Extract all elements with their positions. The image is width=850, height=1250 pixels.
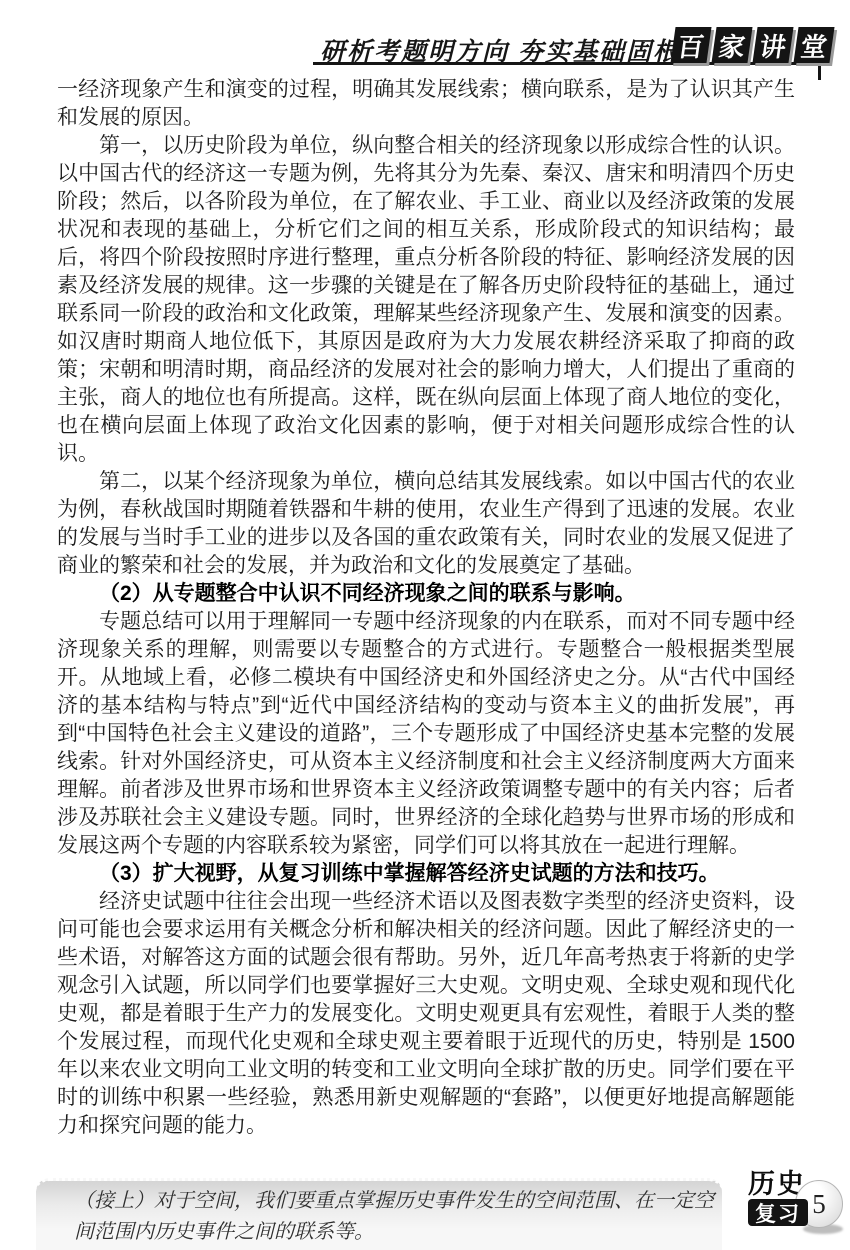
- paragraph: 经济史试题中往往会出现一些经济术语以及图表数字类型的经济史资料，设问可能也会要求…: [57, 888, 795, 1140]
- logo-char-box: 堂: [793, 27, 834, 63]
- series-subtitle: 复习: [748, 1199, 808, 1226]
- paragraph: 第一，以历史阶段为单位，纵向整合相关的经济现象以形成综合性的认识。以中国古代的经…: [57, 132, 795, 468]
- logo-char-box: 家: [711, 27, 752, 63]
- brand-logo: 百 家 讲 堂: [673, 27, 832, 63]
- header-rule-corner: [818, 62, 821, 80]
- paragraph: 第二，以某个经济现象为单位，横向总结其发展线索。如以中国古代的农业为例，春秋战国…: [57, 468, 795, 580]
- footer-note: （接上）对于空间，我们要重点掌握历史事件发生的空间范围、在一定空间范围内历史事件…: [74, 1186, 714, 1248]
- section-heading: （2）从专题整合中认识不同经济现象之间的联系与影响。: [57, 580, 795, 608]
- logo-char-box: 百: [670, 27, 711, 63]
- logo-char-box: 讲: [752, 27, 793, 63]
- textbook-page: 研析考题明方向 夯实基础固根基 百 家 讲 堂 一经济现象产生和演变的过程，明确…: [0, 0, 850, 1250]
- paragraph-continuation: 一经济现象产生和演变的过程，明确其发展线索；横向联系，是为了认识其产生和发展的原…: [57, 76, 795, 132]
- paragraph: 专题总结可以用于理解同一专题中经济现象的内在联系，而对不同专题中经济现象关系的理…: [57, 608, 795, 860]
- body-text: 一经济现象产生和演变的过程，明确其发展线索；横向联系，是为了认识其产生和发展的原…: [57, 76, 795, 1140]
- section-heading: （3）扩大视野，从复习训练中掌握解答经济史试题的方法和技巧。: [57, 860, 795, 888]
- page-number: 5: [812, 1189, 826, 1220]
